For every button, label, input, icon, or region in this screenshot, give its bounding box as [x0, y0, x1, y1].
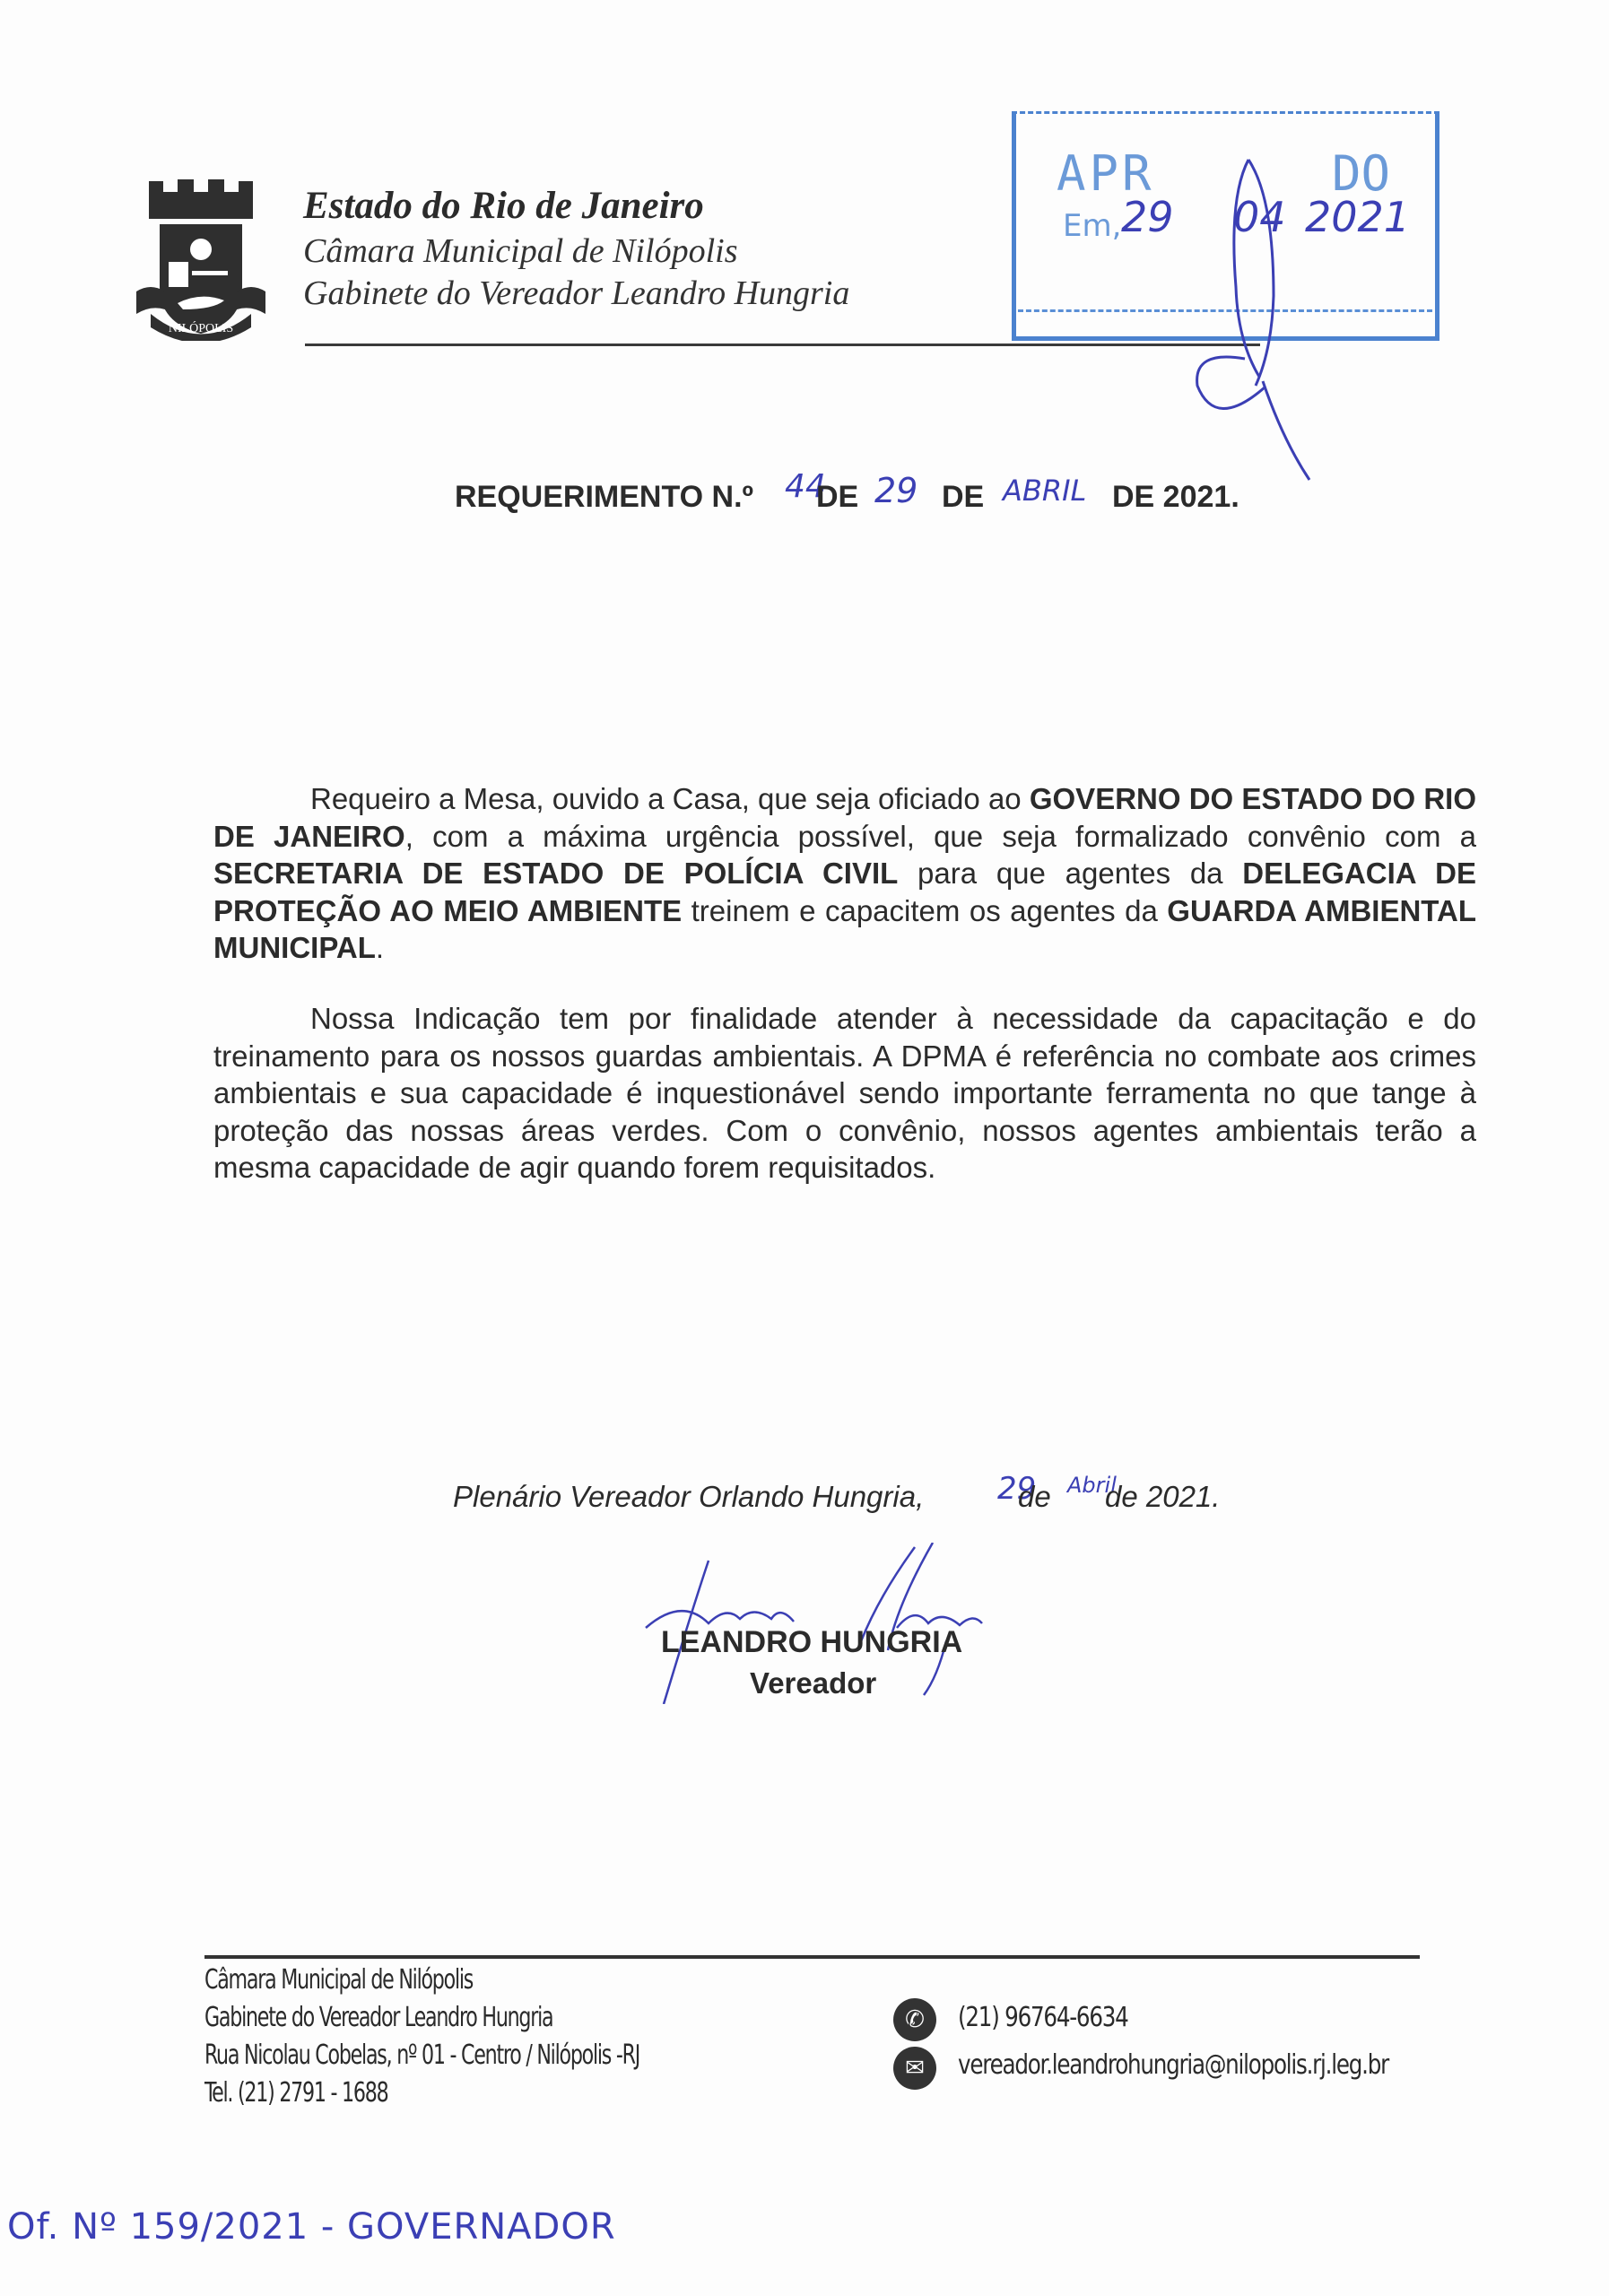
- footer-address: Rua Nicolau Cobelas, nº 01 - Centro / Ni…: [204, 2039, 639, 2071]
- signer-role: Vereador: [750, 1666, 876, 1700]
- footer-office: Gabinete do Vereador Leandro Hungria: [204, 2002, 552, 2033]
- closing-year: de 2021.: [1105, 1480, 1220, 1514]
- handwritten-office-note: Of. Nº 159/2021 - GOVERNADOR: [7, 2206, 616, 2248]
- requerimento-year: DE 2021.: [1112, 480, 1239, 515]
- paragraph-justification: Nossa Indicação tem por finalidade atend…: [213, 1000, 1476, 1187]
- whatsapp-icon: ✆: [893, 1998, 936, 2041]
- requerimento-label: REQUERIMENTO N.º: [455, 480, 753, 515]
- paragraph-text: , com a máxima urgência possível, que se…: [405, 820, 1476, 853]
- footer-email[interactable]: vereador.leandrohungria@nilopolis.rj.leg…: [958, 2049, 1388, 2081]
- header-office: Gabinete do Vereador Leandro Hungria: [303, 274, 849, 313]
- footer-phone: (21) 96764-6634: [958, 2002, 1128, 2033]
- requerimento-month: ABRIL: [1003, 474, 1086, 508]
- requerimento-day: 29: [874, 471, 918, 510]
- paragraph-text: .: [376, 931, 384, 964]
- header-chamber: Câmara Municipal de Nilópolis: [303, 231, 738, 271]
- requerimento-de-2: DE: [942, 480, 984, 515]
- requerimento-de-1: DE: [816, 480, 858, 515]
- footer-divider: [204, 1955, 1420, 1959]
- footer-telephone: Tel. (21) 2791 - 1688: [204, 2077, 387, 2109]
- footer-chamber: Câmara Municipal de Nilópolis: [204, 1964, 473, 1996]
- signer-name: LEANDRO HUNGRIA: [661, 1625, 962, 1660]
- paragraph-text: treinem e capacitem os agentes da: [682, 894, 1167, 927]
- paragraph-text: para que agentes da: [898, 857, 1242, 890]
- closing-de: de: [1018, 1480, 1051, 1514]
- header-title: Estado do Rio de Janeiro: [303, 184, 704, 228]
- stamp-date-prefix: Em,: [1063, 208, 1121, 244]
- header-divider: [305, 344, 1260, 346]
- closing-place: Plenário Vereador Orlando Hungria,: [453, 1480, 924, 1514]
- paragraph-request: Requeiro a Mesa, ouvido a Casa, que seja…: [213, 780, 1476, 967]
- emphasized-text: SECRETARIA DE ESTADO DE POLÍCIA CIVIL: [213, 857, 898, 890]
- stamp-signature: [1166, 126, 1345, 484]
- coat-of-arms-logo: NILÓPOLIS: [133, 179, 269, 341]
- paragraph-text: Requeiro a Mesa, ouvido a Casa, que seja…: [310, 782, 1030, 815]
- svg-text:NILÓPOLIS: NILÓPOLIS: [169, 320, 233, 335]
- envelope-icon: ✉: [893, 2047, 936, 2090]
